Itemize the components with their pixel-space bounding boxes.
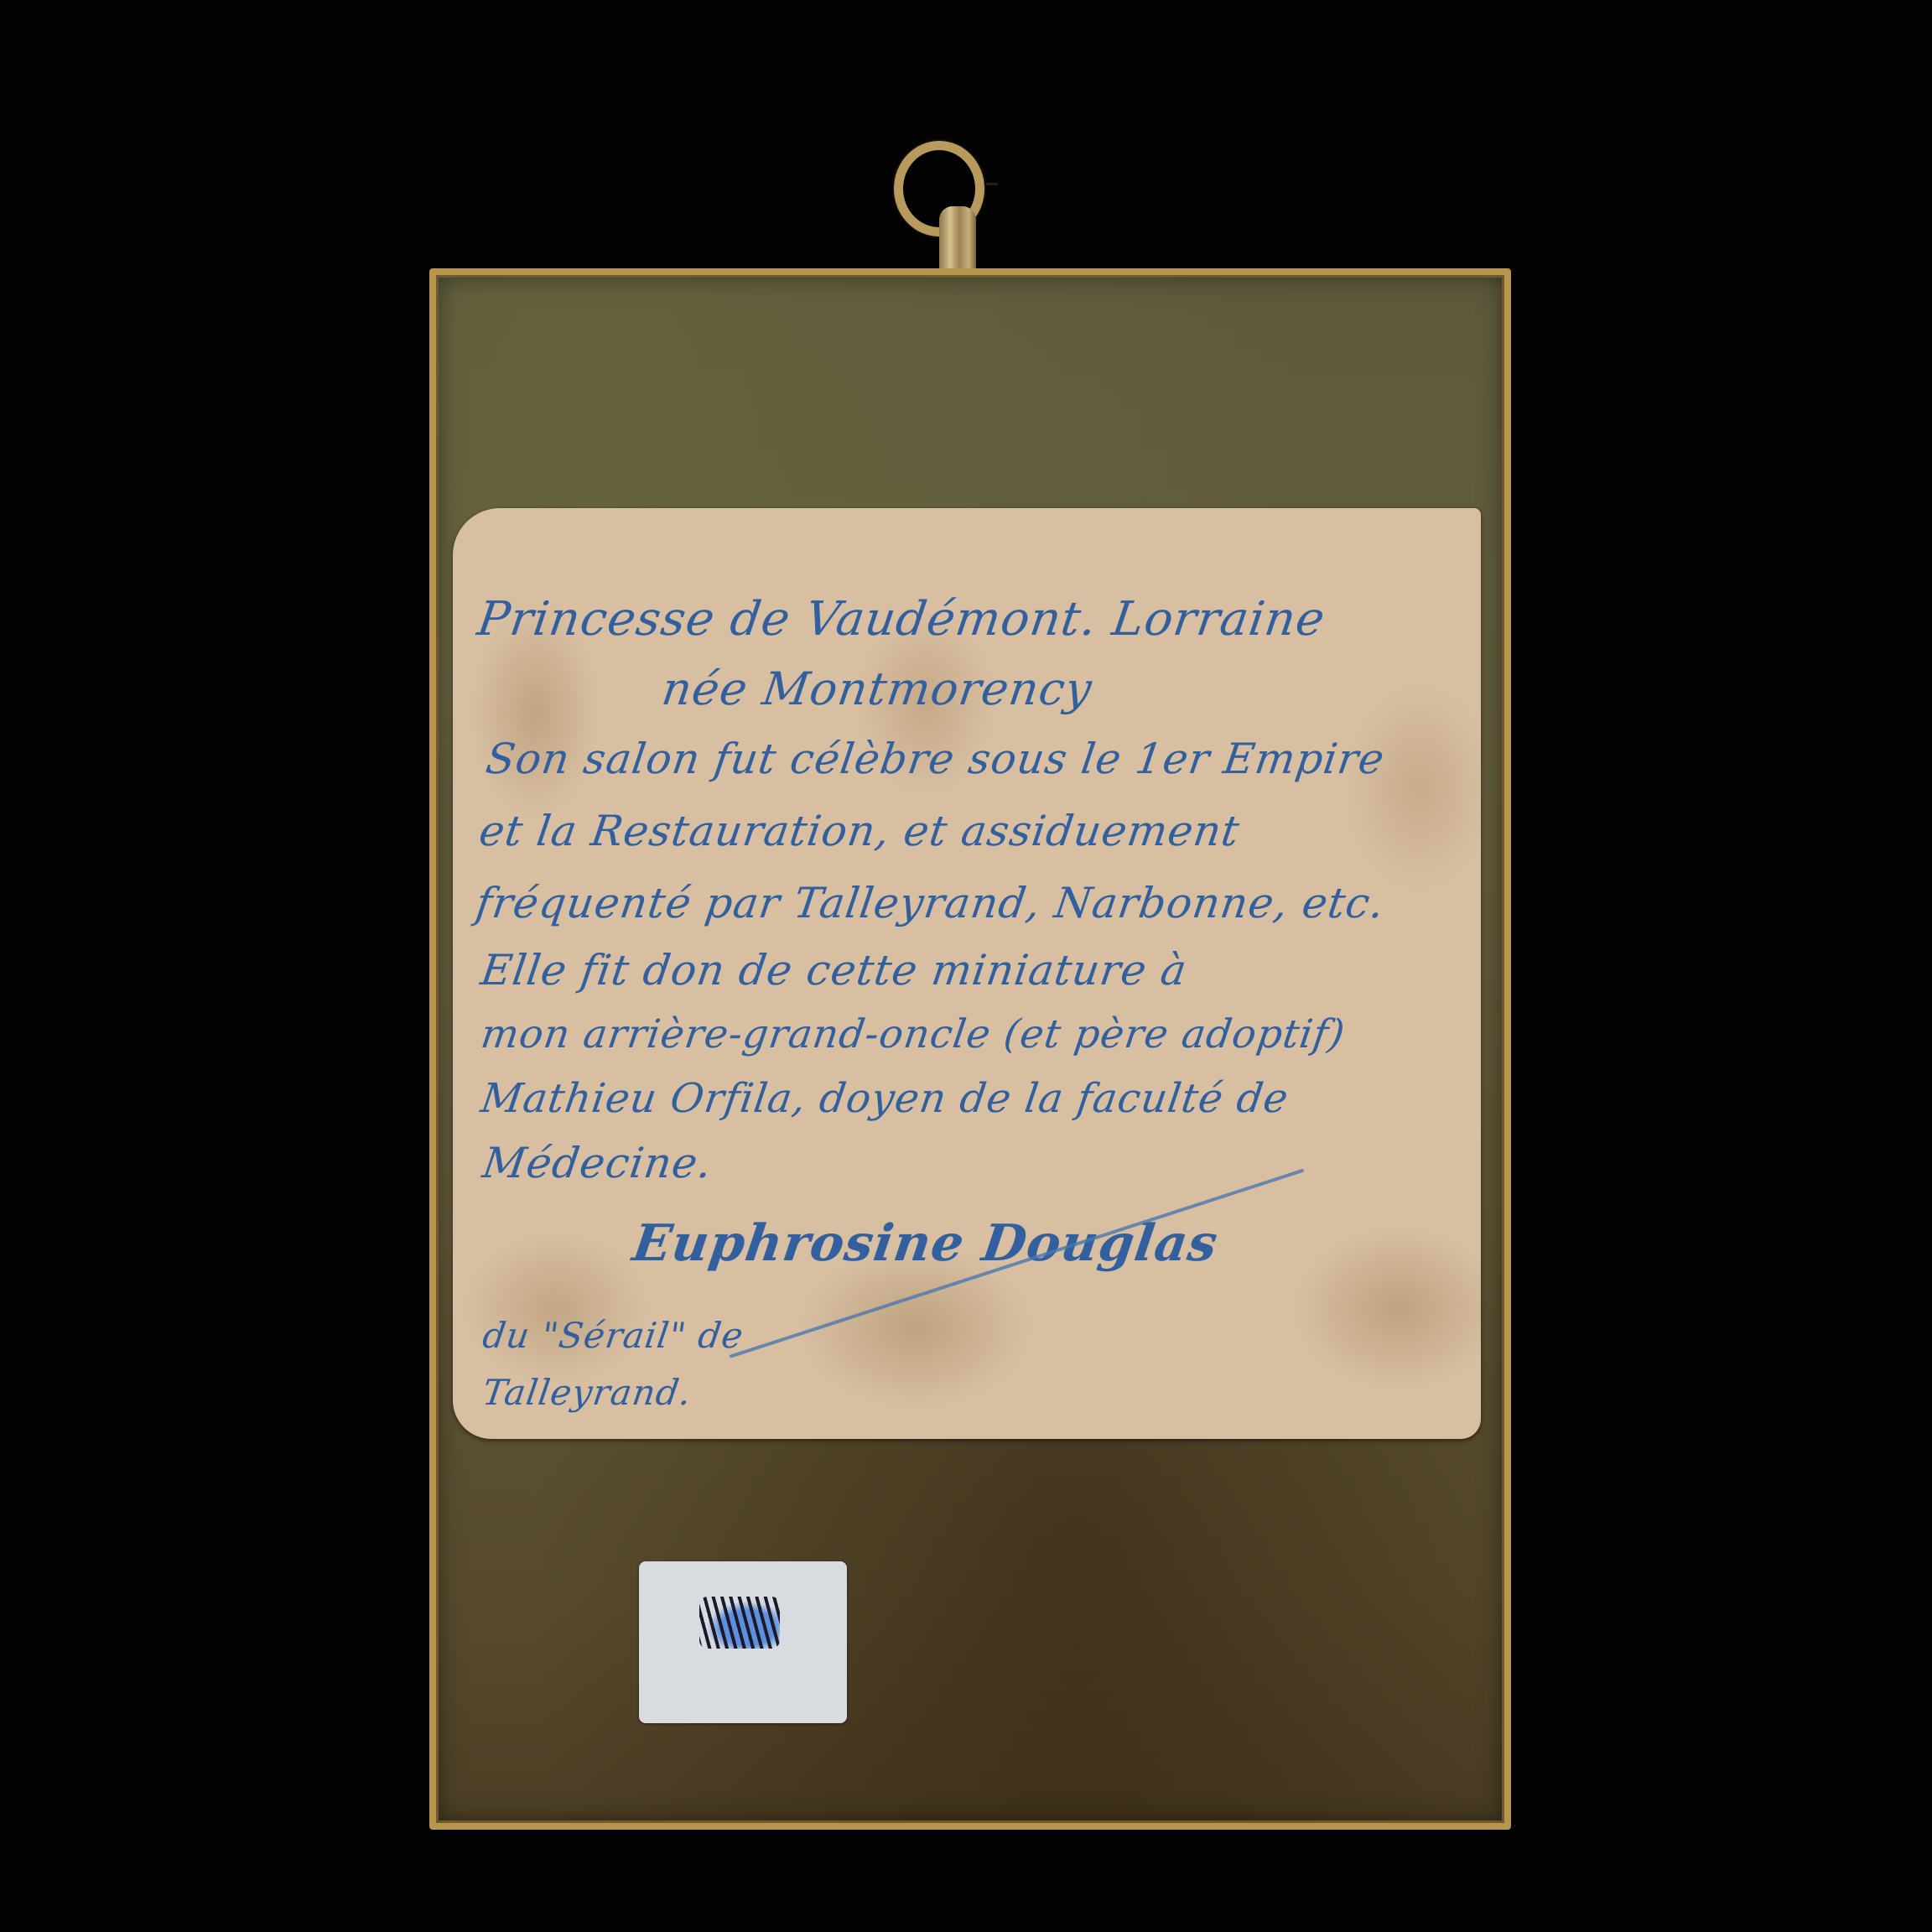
note-line-nee: née Montmorency bbox=[659, 662, 1096, 715]
note-line-title: Princesse de Vaudémont. Lorraine bbox=[474, 592, 1328, 647]
provenance-card: Princesse de Vaudémont. Lorraine née Mon… bbox=[453, 508, 1481, 1439]
note-line-6: Elle fit don de cette miniature à bbox=[478, 946, 1190, 995]
note-line-4: et la Restauration, et assiduement bbox=[476, 807, 1243, 855]
inventory-sticker bbox=[639, 1561, 847, 1723]
frame-bail bbox=[939, 206, 976, 273]
ring-split bbox=[986, 183, 998, 185]
note-line-8: Mathieu Orfila, doyen de la faculté de bbox=[478, 1075, 1291, 1122]
note-line-3: Son salon fut célèbre sous le 1er Empire bbox=[483, 735, 1388, 783]
scribbled-label bbox=[699, 1597, 780, 1649]
note-line-9: Médecine. bbox=[480, 1139, 715, 1187]
note-line-5: fréquenté par Talleyrand, Narbonne, etc. bbox=[473, 879, 1388, 927]
postscript-line-2: Talleyrand. bbox=[480, 1372, 695, 1413]
postscript-line-1: du "Sérail" de bbox=[480, 1315, 747, 1356]
note-line-7: mon arrière-grand-oncle (et père adoptif… bbox=[478, 1011, 1348, 1057]
